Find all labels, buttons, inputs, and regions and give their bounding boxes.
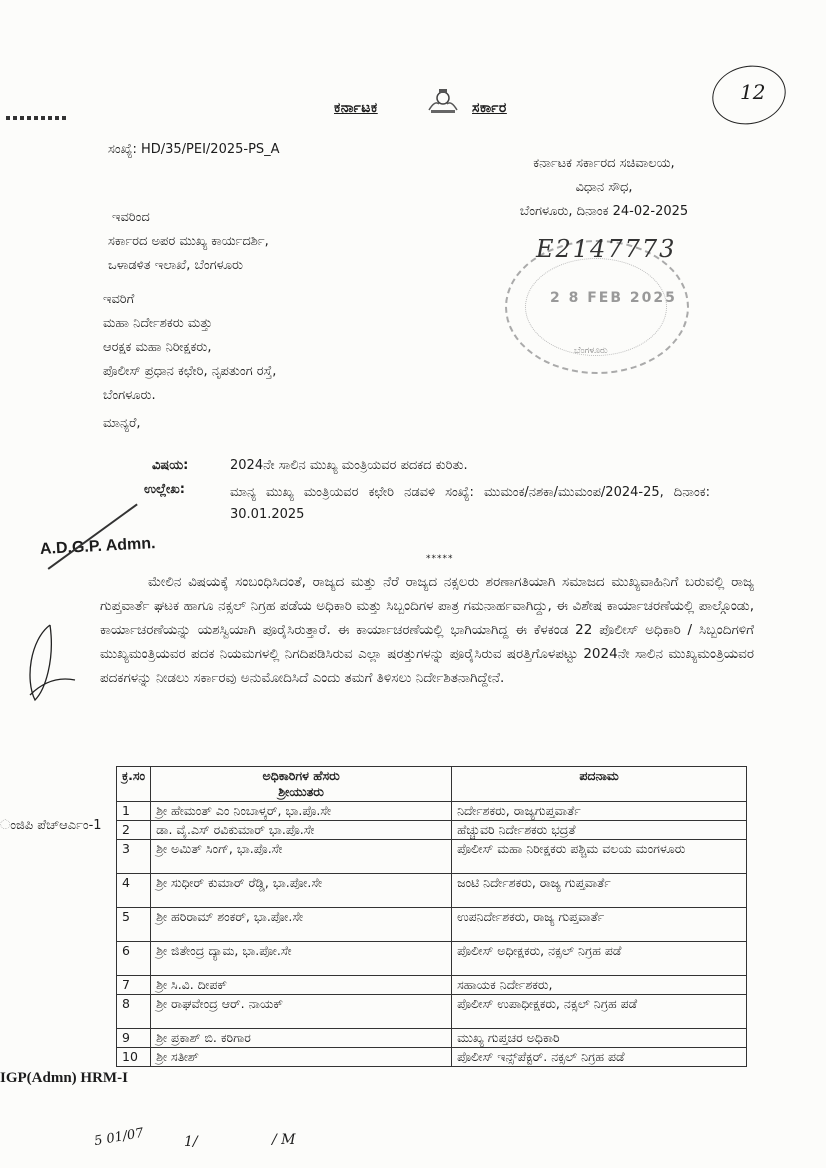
receipt-stamp-inner — [525, 258, 667, 356]
header-name-line-2: ಶ್ರೀಯುತರು — [156, 784, 446, 800]
cell-name: ಶ್ರೀ ಸುಧೀರ್ ಕುಮಾರ್ ರೆಡ್ಡಿ, ಭಾ.ಪೋ.ಸೇ — [151, 874, 452, 908]
header-name-line-1: ಅಧಿಕಾರಿಗಳ ಹೆಸರು — [156, 768, 446, 784]
table-header-row: ಕ್ರ.ಸಂ ಅಧಿಕಾರಿಗಳ ಹೆಸರು ಶ್ರೀಯುತರು ಪದನಾಮ — [117, 767, 747, 802]
cell-name: ಶ್ರೀ ರಾಘವೇಂದ್ರ ಆರ್. ನಾಯಕ್ — [151, 995, 452, 1029]
cell-name: ಶ್ರೀ ಸತೀಶ್ — [151, 1048, 452, 1067]
cell-designation: ಉಪನಿರ್ದೇಶಕರು, ರಾಜ್ಯ ಗುಪ್ತವಾರ್ತೆ — [452, 908, 747, 942]
cell-sno: 10 — [117, 1048, 151, 1067]
stamp-date: 2 8 FEB 2025 — [550, 290, 677, 306]
side-note-marginal: ಂಜಿಪಿ ಪೆಚ್ಆರ್ಎಂ-1 — [0, 818, 102, 833]
office-address: ಕರ್ನಾಟಕ ಸರ್ಕಾರದ ಸಚಿವಾಲಯ, ವಿಧಾನ ಸೌಧ, ಬೆಂಗ… — [484, 152, 724, 224]
to-line-3: ಪೊಲೀಸ್ ಪ್ರಧಾನ ಕಛೇರಿ, ನೃಪತುಂಗ ರಸ್ತೆ, — [103, 360, 276, 384]
cell-sno: 3 — [117, 840, 151, 874]
cell-sno: 5 — [117, 908, 151, 942]
stamp-code: E2147773 — [536, 235, 676, 263]
office-line-2: ವಿಧಾನ ಸೌಧ, — [484, 176, 724, 200]
awardees-table: ಕ್ರ.ಸಂ ಅಧಿಕಾರಿಗಳ ಹೆಸರು ಶ್ರೀಯುತರು ಪದನಾಮ 1… — [116, 766, 747, 1067]
cell-name: ಶ್ರೀ ಜಿತೇಂದ್ರ ದ್ಯಾಮ, ಭಾ.ಪೋ.ಸೇ — [151, 942, 452, 976]
handwritten-initials-1: 5 01/07 — [93, 1126, 145, 1149]
subject-label: ವಿಷಯ: — [152, 458, 188, 473]
separator-stars: ***** — [426, 554, 454, 564]
handwritten-initials-2: 1/ — [184, 1134, 198, 1150]
table-row: 7ಶ್ರೀ ಸಿ.ವಿ. ದೀಪಕ್ಸಹಾಯಕ ನಿರ್ದೇಶಕರು, — [117, 976, 747, 995]
cell-name: ಶ್ರೀ ಹರಿರಾಮ್ ಶಂಕರ್, ಭಾ.ಪೋ.ಸೇ — [151, 908, 452, 942]
table-row: 6ಶ್ರೀ ಜಿತೇಂದ್ರ ದ್ಯಾಮ, ಭಾ.ಪೋ.ಸೇಪೊಲೀಸ್ ಅಧೀ… — [117, 942, 747, 976]
cell-sno: 7 — [117, 976, 151, 995]
header-left-title: ಕರ್ನಾಟಕ — [334, 100, 378, 116]
from-label: ಇವರಿಂದ — [108, 206, 269, 230]
table-row: 3ಶ್ರೀ ಅಮಿತ್ ಸಿಂಗ್, ಭಾ.ಪೊ.ಸೇಪೊಲೀಸ್ ಮಹಾ ನಿ… — [117, 840, 747, 874]
to-line-1: ಮಹಾ ನಿರ್ದೇಶಕರು ಮತ್ತು — [103, 312, 276, 336]
header-sno: ಕ್ರ.ಸಂ — [117, 767, 151, 802]
table-row: 5ಶ್ರೀ ಹರಿರಾಮ್ ಶಂಕರ್, ಭಾ.ಪೋ.ಸೇಉಪನಿರ್ದೇಶಕರ… — [117, 908, 747, 942]
table-row: 4ಶ್ರೀ ಸುಧೀರ್ ಕುಮಾರ್ ರೆಡ್ಡಿ, ಭಾ.ಪೋ.ಸೇಜಂಟಿ… — [117, 874, 747, 908]
table-row: 2ಡಾ. ವೈ.ಎಸ್ ರವಿಕುಮಾರ್ ಭಾ.ಪೊ.ಸೇಹೆಚ್ಚುವರಿ … — [117, 821, 747, 840]
subject-text: 2024ನೇ ಸಾಲಿನ ಮುಖ್ಯ ಮಂತ್ರಿಯವರ ಪದಕದ ಕುರಿತು… — [230, 458, 468, 473]
from-block: ಇವರಿಂದ ಸರ್ಕಾರದ ಅಪರ ಮುಖ್ಯ ಕಾರ್ಯದರ್ಶಿ, ಒಳಾ… — [108, 206, 269, 278]
table-row: 9ಶ್ರೀ ಪ್ರಕಾಶ್ ಬಿ. ಕರಿಗಾರಮುಖ್ಯ ಗುಪ್ತಚರ ಅಧ… — [117, 1029, 747, 1048]
to-label: ಇವರಿಗೆ — [103, 288, 276, 312]
cell-sno: 6 — [117, 942, 151, 976]
cell-sno: 2 — [117, 821, 151, 840]
cell-name: ಶ್ರೀ ಹೇಮಂತ್ ಎಂ ನಿಂಬಾಳ್ಕರ್, ಭಾ.ಪೊ.ಸೇ — [151, 802, 452, 821]
cell-designation: ಪೊಲೀಸ್ ಇನ್ಸ್‌ಪೆಕ್ಟರ್. ನಕ್ಸಲ್ ನಿಗ್ರಹ ಪಡೆ — [452, 1048, 747, 1067]
body-paragraph: ಮೇಲಿನ ವಿಷಯಕ್ಕೆ ಸಂಬಂಧಿಸಿದಂತೆ, ರಾಜ್ಯದ ಮತ್ತ… — [100, 570, 754, 690]
cell-designation: ನಿರ್ದೇಶಕರು, ರಾಜ್ಯಗುಪ್ತವಾರ್ತೆ — [452, 802, 747, 821]
to-line-4: ಬೆಂಗಳೂರು. — [103, 384, 276, 408]
cell-name: ಶ್ರೀ ಅಮಿತ್ ಸಿಂಗ್, ಭಾ.ಪೊ.ಸೇ — [151, 840, 452, 874]
from-line-1: ಸರ್ಕಾರದ ಅಪರ ಮುಖ್ಯ ಕಾರ್ಯದರ್ಶಿ, — [108, 230, 269, 254]
page-number: 12 — [740, 80, 765, 104]
cell-designation: ಜಂಟಿ ನಿರ್ದೇಶಕರು, ರಾಜ್ಯ ಗುಪ್ತವಾರ್ತೆ — [452, 874, 747, 908]
cell-designation: ಪೊಲೀಸ್ ಮಹಾ ನಿರೀಕ್ಷಕರು ಪಶ್ಚಿಮ ವಲಯ ಮಂಗಳೂರು — [452, 840, 747, 874]
stamp-city: ಬೆಂಗಳೂರು — [574, 346, 608, 356]
scan-edge-mark — [6, 116, 66, 120]
salutation: ಮಾನ್ಯರೆ, — [103, 416, 141, 431]
from-line-2: ಒಳಾಡಳಿತ ಇಲಾಖೆ, ಬೆಂಗಳೂರು — [108, 254, 269, 278]
cell-designation: ಸಹಾಯಕ ನಿರ್ದೇಶಕರು, — [452, 976, 747, 995]
header-name: ಅಧಿಕಾರಿಗಳ ಹೆಸರು ಶ್ರೀಯುತರು — [151, 767, 452, 802]
handwritten-initials-3: / M — [272, 1132, 296, 1148]
cell-name: ಶ್ರೀ ಸಿ.ವಿ. ದೀಪಕ್ — [151, 976, 452, 995]
cell-sno: 1 — [117, 802, 151, 821]
igp-annotation: IGP(Admn) HRM-I — [0, 1070, 128, 1087]
to-line-2: ಆರಕ್ಷಕ ಮಹಾ ನಿರೀಕ್ಷಕರು, — [103, 336, 276, 360]
header-right-title: ಸರ್ಕಾರ — [472, 100, 507, 116]
reference-label: ಉಲ್ಲೇಖ: — [144, 482, 185, 497]
table-row: 8ಶ್ರೀ ರಾಘವೇಂದ್ರ ಆರ್. ನಾಯಕ್ಪೊಲೀಸ್ ಉಪಾಧೀಕ್… — [117, 995, 747, 1029]
header-designation: ಪದನಾಮ — [452, 767, 747, 802]
cell-designation: ಹೆಚ್ಚುವರಿ ನಿರ್ದೇಶಕರು ಭದ್ರತೆ — [452, 821, 747, 840]
cell-sno: 9 — [117, 1029, 151, 1048]
signature-mark — [20, 620, 80, 710]
office-date-line: ಬೆಂಗಳೂರು, ದಿನಾಂಕ 24-02-2025 — [484, 200, 724, 224]
karnataka-emblem-icon — [425, 86, 461, 116]
adgp-annotation: A.D.G.P. Admn. — [40, 535, 156, 559]
cell-designation: ಪೊಲೀಸ್ ಉಪಾಧೀಕ್ಷಕರು, ನಕ್ಸಲ್ ನಿಗ್ರಹ ಪಡೆ — [452, 995, 747, 1029]
table-row: 1ಶ್ರೀ ಹೇಮಂತ್ ಎಂ ನಿಂಬಾಳ್ಕರ್, ಭಾ.ಪೊ.ಸೇನಿರ್… — [117, 802, 747, 821]
cell-name: ಡಾ. ವೈ.ಎಸ್ ರವಿಕುಮಾರ್ ಭಾ.ಪೊ.ಸೇ — [151, 821, 452, 840]
reference-number: ಸಂಖ್ಯೆ: HD/35/PEI/2025-PS_A — [108, 142, 280, 157]
cell-designation: ಮುಖ್ಯ ಗುಪ್ತಚರ ಅಧಿಕಾರಿ — [452, 1029, 747, 1048]
cell-sno: 4 — [117, 874, 151, 908]
cell-name: ಶ್ರೀ ಪ್ರಕಾಶ್ ಬಿ. ಕರಿಗಾರ — [151, 1029, 452, 1048]
cell-designation: ಪೊಲೀಸ್ ಅಧೀಕ್ಷಕರು, ನಕ್ಸಲ್ ನಿಗ್ರಹ ಪಡೆ — [452, 942, 747, 976]
to-block: ಇವರಿಗೆ ಮಹಾ ನಿರ್ದೇಶಕರು ಮತ್ತು ಆರಕ್ಷಕ ಮಹಾ ನ… — [103, 288, 276, 408]
table-row: 10ಶ್ರೀ ಸತೀಶ್ಪೊಲೀಸ್ ಇನ್ಸ್‌ಪೆಕ್ಟರ್. ನಕ್ಸಲ್… — [117, 1048, 747, 1067]
office-line-1: ಕರ್ನಾಟಕ ಸರ್ಕಾರದ ಸಚಿವಾಲಯ, — [484, 152, 724, 176]
cell-sno: 8 — [117, 995, 151, 1029]
reference-text: ಮಾನ್ಯ ಮುಖ್ಯ ಮಂತ್ರಿಯವರ ಕಛೇರಿ ನಡವಳಿ ಸಂಖ್ಯೆ… — [230, 482, 710, 526]
